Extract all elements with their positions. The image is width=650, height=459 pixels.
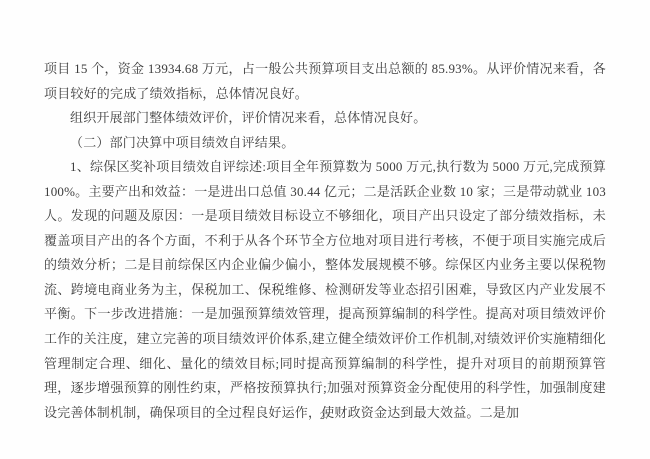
paragraph-continuation: 项目 15 个，资金 13934.68 万元，占一般公共预算项目支出总额的 85… — [44, 57, 606, 106]
paragraph-section-heading: （二）部门决算中项目绩效自评结果。 — [44, 131, 606, 156]
text-block: 项目 15 个，资金 13934.68 万元，占一般公共预算项目支出总额的 85… — [44, 57, 606, 425]
paragraph-self-evaluation-summary: 1、综保区奖补项目绩效自评综述:项目全年预算数为 5000 万元,执行数为 50… — [44, 155, 606, 425]
paragraph-overall-evaluation: 组织开展部门整体绩效评价，评价情况来看，总体情况良好。 — [44, 106, 606, 131]
page-footer: 27 — [0, 406, 650, 424]
document-page: 项目 15 个，资金 13934.68 万元，占一般公共预算项目支出总额的 85… — [0, 0, 650, 459]
page-number: 27 — [320, 411, 330, 421]
